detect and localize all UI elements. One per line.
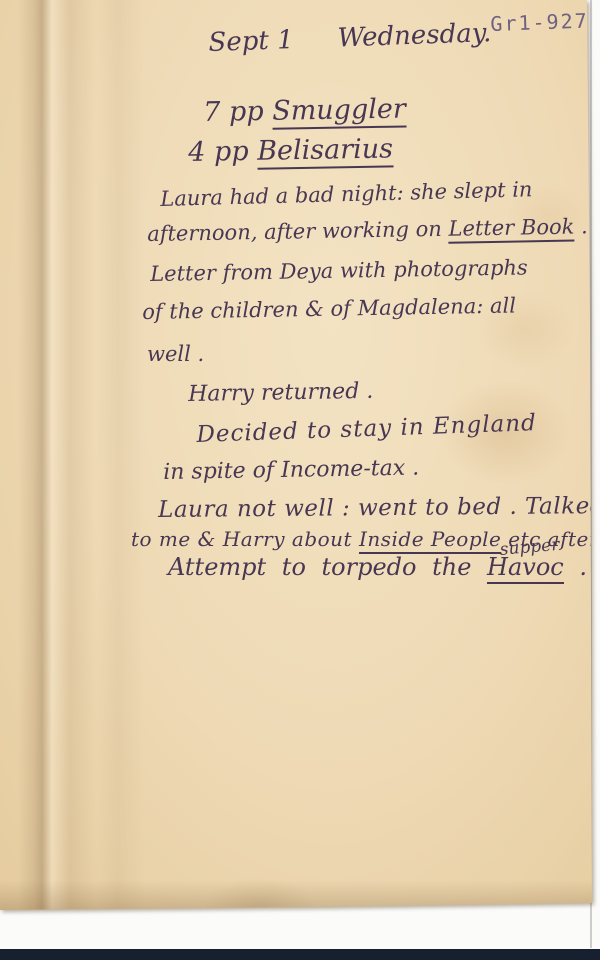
archive-mark-text: Gr1-927 <box>490 9 589 36</box>
archive-mark: Gr1-927 <box>490 9 589 36</box>
diary-line: Attempt to torpedo the Havoc . <box>168 553 587 581</box>
scanned-diary-page: Gr1-927 Sept 1Wednesday. 7 pp Smuggler 4… <box>0 0 600 960</box>
underlined-ship-name: Havoc <box>487 553 564 584</box>
line-text: . <box>574 214 588 238</box>
line-text: in spite of Income-tax . <box>163 456 419 485</box>
line-text: well . <box>147 342 204 366</box>
line-text: to me & Harry about <box>131 527 359 551</box>
diary-line-pages-smuggler: 7 pp Smuggler <box>203 93 406 128</box>
line-text: 7 pp <box>203 96 272 128</box>
underlined-title: Belisarius <box>257 133 393 169</box>
line-text: Letter from Deya with photographs <box>150 255 528 286</box>
line-text: Laura not well : went to bed . Talked <box>158 493 600 523</box>
diary-line: in spite of Income-tax . <box>163 456 419 485</box>
diary-line: Laura had a bad night: she slept in <box>160 177 533 211</box>
underlined-title: Inside People <box>359 527 501 554</box>
date-line: Sept 1Wednesday. <box>208 18 492 58</box>
line-text: afternoon, after working on <box>147 217 449 246</box>
diary-line: Harry returned . <box>188 379 373 407</box>
date-gap <box>294 46 338 48</box>
diary-line: Laura not well : went to bed . Talked <box>158 493 600 523</box>
line-text: of the children & of Magdalena: all <box>142 293 516 324</box>
diary-line: of the children & of Magdalena: all <box>142 293 516 324</box>
line-text: Laura had a bad night: she slept in <box>160 177 533 211</box>
diary-line: Letter from Deya with photographs <box>150 255 528 286</box>
date-text: Sept 1 <box>208 25 294 58</box>
line-text: 4 pp <box>188 136 257 168</box>
line-text: Decided to stay in England <box>196 410 537 448</box>
diary-line-pages-belisarius: 4 pp Belisarius <box>188 133 393 168</box>
underlined-title: Letter Book <box>448 215 574 244</box>
line-text: . <box>564 553 587 581</box>
line-text: Attempt to torpedo the <box>168 553 487 581</box>
weekday-text: Wednesday. <box>337 18 492 53</box>
diary-line: well . <box>147 342 204 366</box>
underlined-title: Smuggler <box>272 93 406 129</box>
diary-line: afternoon, after working on Letter Book … <box>147 214 588 246</box>
scanner-bottom-strip <box>0 949 600 960</box>
paper-sheet-wrapper: Gr1-927 Sept 1Wednesday. 7 pp Smuggler 4… <box>0 0 600 960</box>
line-text: Harry returned . <box>188 379 373 407</box>
diary-line: Decided to stay in England <box>196 410 537 448</box>
paper-sheet: Gr1-927 Sept 1Wednesday. 7 pp Smuggler 4… <box>0 0 600 912</box>
